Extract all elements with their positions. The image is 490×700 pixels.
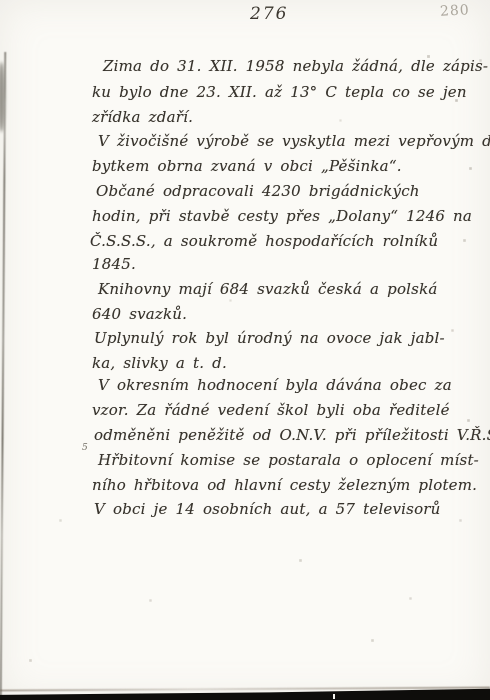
handwritten-line: ka, slivky a t. d.	[92, 354, 227, 372]
handwritten-line: odměněni peněžitě od O.N.V. při příležit…	[94, 426, 490, 444]
page-number: 276	[250, 4, 288, 24]
handwritten-line: Uplynulý rok byl úrodný na ovoce jak jab…	[94, 329, 445, 347]
handwritten-line: V živočišné výrobě se vyskytla mezi vepř…	[98, 132, 490, 150]
handwritten-line: V obci je 14 osobních aut, a 57 televiso…	[94, 500, 441, 518]
left-edge-crease	[0, 52, 6, 696]
handwritten-line: bytkem obrna zvaná v obci „Pěšinka“.	[92, 157, 402, 175]
scan-noise-specks	[0, 0, 1, 1]
handwritten-line: ního hřbitova od hlavní cesty železným p…	[92, 476, 477, 494]
margin-mark: 5	[82, 443, 88, 453]
handwritten-line: Zima do 31. XII. 1958 nebyla žádná, dle …	[103, 57, 488, 75]
scan-notch	[333, 694, 335, 699]
handwritten-line: 1845.	[92, 255, 136, 273]
handwritten-line: Občané odpracovali 4230 brigádnických	[96, 182, 420, 200]
handwritten-line: V okresním hodnocení byla dávána obec za	[98, 376, 452, 394]
handwritten-line: ku bylo dne 23. XII. až 13° C tepla co s…	[92, 83, 467, 101]
handwritten-line: vzor. Za řádné vedení škol byli oba ředi…	[92, 401, 450, 419]
handwritten-line: 640 svazků.	[92, 305, 187, 323]
handwritten-line: Knihovny mají 684 svazků česká a polská	[98, 280, 438, 298]
handwritten-line: Č.S.S.S., a soukromě hospodařících rolní…	[90, 232, 438, 250]
scanned-chronicle-page: 276 280 Zima do 31. XII. 1958 nebyla žád…	[0, 0, 490, 700]
handwritten-line: Hřbitovní komise se postarala o oplocení…	[98, 451, 479, 469]
handwritten-line: zřídka zdaří.	[92, 108, 193, 126]
handwritten-line: hodin, při stavbě cesty přes „Dolany“ 12…	[92, 207, 472, 225]
corner-stamp-number: 280	[440, 2, 471, 20]
